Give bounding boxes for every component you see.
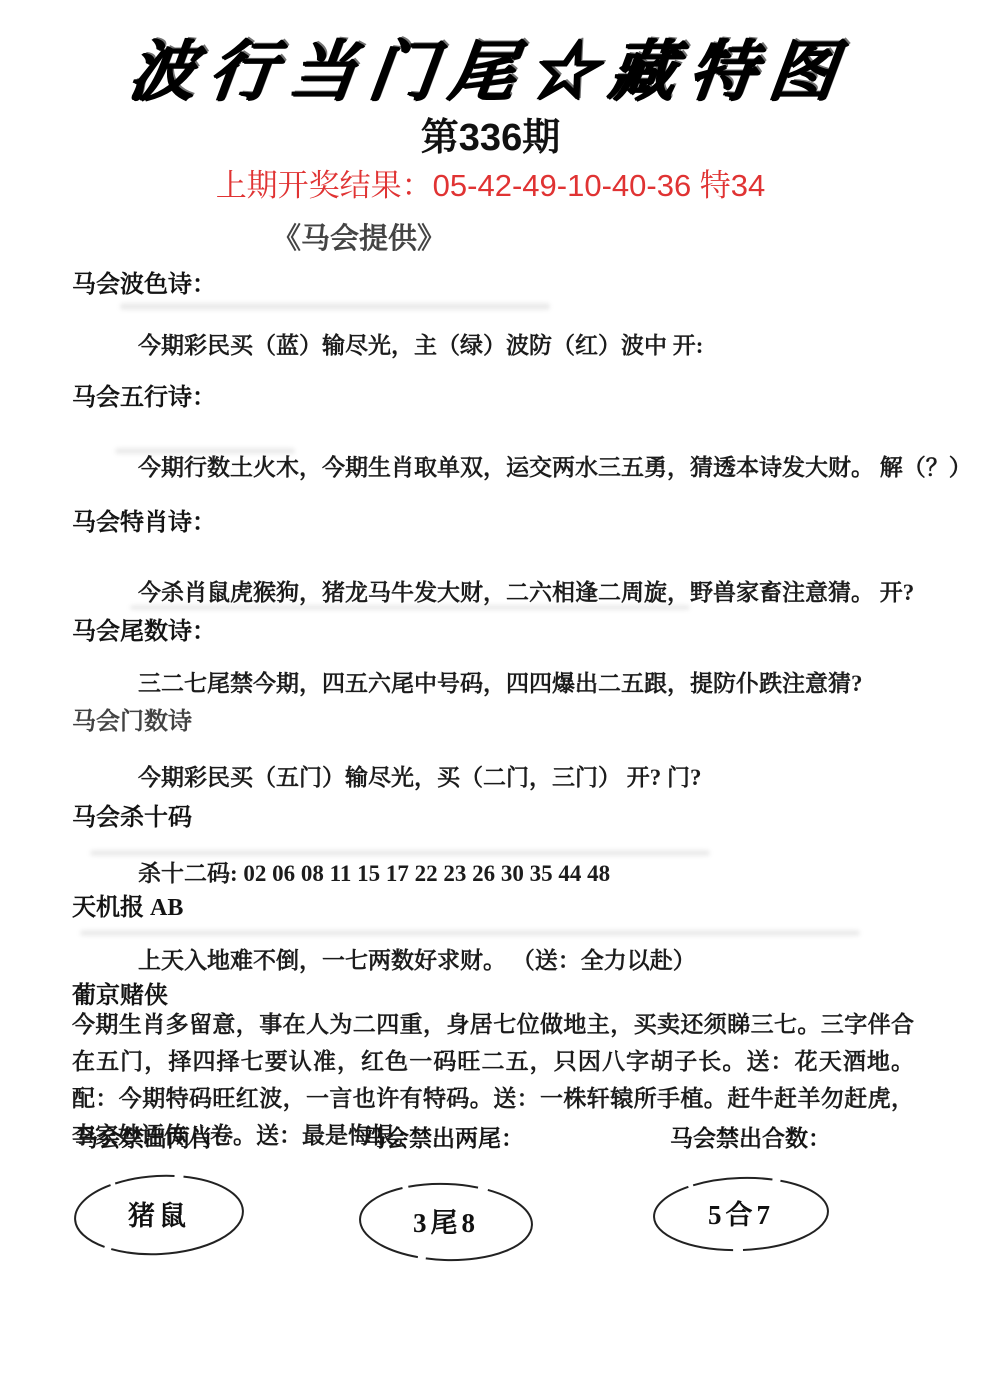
- forbidden-tails-value: 3尾8: [356, 1180, 536, 1260]
- section-label-wuxing: 马会五行诗：: [72, 377, 216, 412]
- forbidden-tails-oval: 3尾8: [356, 1180, 536, 1266]
- section-poem-menshu: 今期彩民买（五门）输尽光，买（二门，三门） 开? 门?: [138, 759, 702, 792]
- section-label-pujing: 葡京赌侠: [72, 975, 168, 1010]
- section-label-shama: 马会杀十码: [72, 797, 192, 832]
- section-label-texiao: 马会特肖诗：: [72, 502, 216, 537]
- section-label-menshu: 马会门数诗: [72, 701, 192, 736]
- section-poem-shama: 杀十二码: 02 06 08 11 15 17 22 23 26 30 35 4…: [138, 855, 610, 888]
- scan-smudge: [90, 850, 710, 856]
- forbidden-sum-label: 马会禁出合数：: [670, 1120, 831, 1153]
- scan-smudge: [120, 303, 550, 310]
- section-label-bose: 马会波色诗：: [72, 264, 216, 299]
- forbidden-tails-label: 马会禁出两尾：: [363, 1120, 524, 1153]
- forbidden-zodiac-oval: 猪鼠: [70, 1172, 248, 1260]
- provider-heading: 《马会提供》: [272, 216, 446, 257]
- section-poem-tianji: 上天入地难不倒，一七两数好求财。 （送：全力以赴）: [138, 942, 696, 975]
- previous-result-line: 上期开奖结果：05-42-49-10-40-36 特34: [0, 160, 981, 205]
- forbidden-zodiac-label: 马会禁出两肖：: [75, 1120, 236, 1153]
- section-poem-weishu: 三二七尾禁今期，四五六尾中号码，四四爆出二五跟，提防仆跌注意猜?: [138, 665, 863, 698]
- section-poem-texiao: 今杀肖鼠虎猴狗，猪龙马牛发大财，二六相逢二周旋，野兽家畜注意猜。 开?: [138, 574, 914, 607]
- issue-number: 第336期: [0, 106, 981, 161]
- scan-smudge: [80, 930, 860, 936]
- forbidden-sum-oval: 5合7: [650, 1174, 832, 1256]
- section-label-weishu: 马会尾数诗：: [72, 611, 216, 646]
- section-label-tianji: 天机报 AB: [72, 887, 183, 922]
- lottery-tip-sheet: 波行当门尾☆藏特图 第336期 上期开奖结果：05-42-49-10-40-36…: [0, 0, 981, 1388]
- masthead-title: 波行当门尾☆藏特图: [0, 18, 981, 113]
- forbidden-zodiac-value: 猪鼠: [70, 1172, 248, 1254]
- scan-smudge: [115, 448, 295, 454]
- section-poem-bose: 今期彩民买（蓝）输尽光，主（绿）波防（红）波中 开:: [138, 327, 703, 360]
- forbidden-sum-value: 5合7: [650, 1174, 832, 1250]
- scan-smudge: [130, 605, 690, 610]
